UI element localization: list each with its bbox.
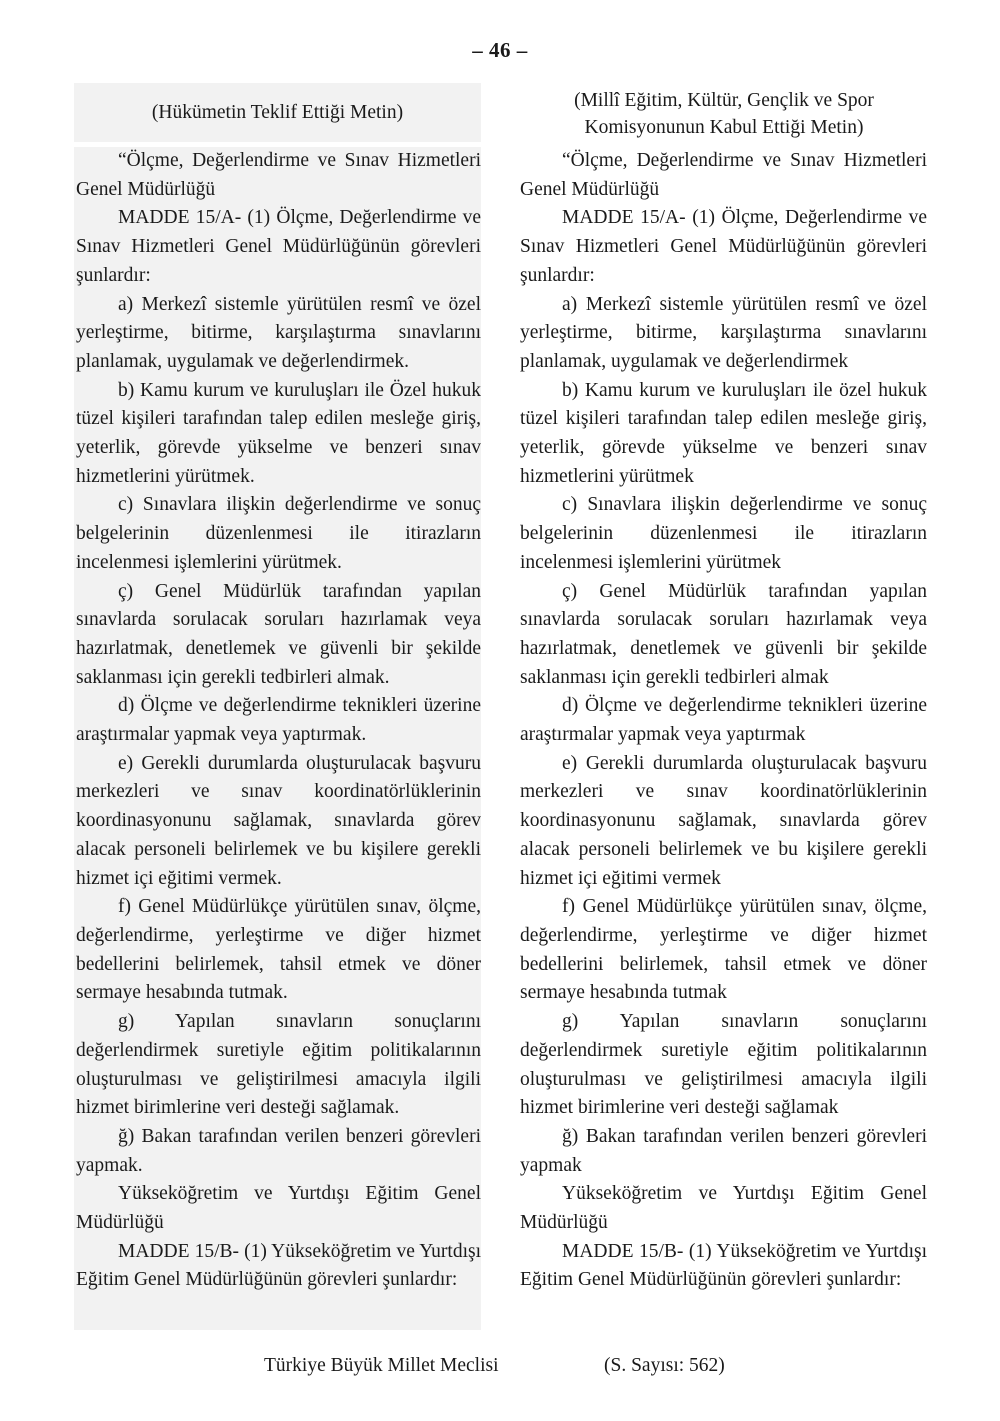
left-paragraph-item: f) Genel Müdürlükçe yürütülen sınav, ölç… xyxy=(76,893,481,1008)
right-column-header: (Millî Eğitim, Kültür, Gençlik ve Spor K… xyxy=(520,87,928,141)
left-paragraph-item: b) Kamu kurum ve kuruluşları ile Özel hu… xyxy=(76,377,481,492)
footer-institution: Türkiye Büyük Millet Meclisi xyxy=(264,1355,499,1377)
right-paragraph-item: f) Genel Müdürlükçe yürütülen sınav, ölç… xyxy=(520,893,927,1008)
left-paragraph-article: MADDE 15/B- (1) Yükseköğretim ve Yurtdış… xyxy=(76,1238,481,1295)
left-paragraph-item: g) Yapılan sınavların sonuçlarını değerl… xyxy=(76,1008,481,1123)
left-column-header-text: (Hükümetin Teklif Ettiği Metin) xyxy=(152,99,403,126)
left-column-body: “Ölçme, Değerlendirme ve Sınav Hizmetler… xyxy=(74,147,481,1330)
right-paragraph-item: ğ) Bakan tarafından verilen benzeri göre… xyxy=(520,1123,927,1180)
right-column-body: “Ölçme, Değerlendirme ve Sınav Hizmetler… xyxy=(520,147,927,1295)
right-paragraph-heading: “Ölçme, Değerlendirme ve Sınav Hizmetler… xyxy=(520,147,927,204)
left-paragraph-article: MADDE 15/A- (1) Ölçme, Değerlendirme ve … xyxy=(76,204,481,290)
left-paragraph-item: ç) Genel Müdürlük tarafından yapılan sın… xyxy=(76,578,481,693)
left-paragraph-item: ğ) Bakan tarafından verilen benzeri göre… xyxy=(76,1123,481,1180)
right-paragraph-heading: Yükseköğretim ve Yurtdışı Eğitim Genel M… xyxy=(520,1180,927,1237)
left-paragraph-item: c) Sınavlara ilişkin değerlendirme ve so… xyxy=(76,491,481,577)
left-paragraph-item: e) Gerekli durumlarda oluşturulacak başv… xyxy=(76,750,481,894)
right-paragraph-item: g) Yapılan sınavların sonuçlarını değerl… xyxy=(520,1008,927,1123)
right-paragraph-item: c) Sınavlara ilişkin değerlendirme ve so… xyxy=(520,491,927,577)
left-paragraph-heading: “Ölçme, Değerlendirme ve Sınav Hizmetler… xyxy=(76,147,481,204)
page-number: – 46 – xyxy=(0,38,1000,63)
right-paragraph-item: d) Ölçme ve değerlendirme teknikleri üze… xyxy=(520,692,927,749)
right-paragraph-item: b) Kamu kurum ve kuruluşları ile özel hu… xyxy=(520,377,927,492)
left-paragraph-item: d) Ölçme ve değerlendirme teknikleri üze… xyxy=(76,692,481,749)
left-column-header: (Hükümetin Teklif Ettiği Metin) xyxy=(74,83,481,142)
right-paragraph-item: a) Merkezî sistemle yürütülen resmî ve ö… xyxy=(520,291,927,377)
left-paragraph-heading: Yükseköğretim ve Yurtdışı Eğitim Genel M… xyxy=(76,1180,481,1237)
right-paragraph-item: ç) Genel Müdürlük tarafından yapılan sın… xyxy=(520,578,927,693)
right-paragraph-item: e) Gerekli durumlarda oluşturulacak başv… xyxy=(520,750,927,894)
left-paragraph-item: a) Merkezî sistemle yürütülen resmî ve ö… xyxy=(76,291,481,377)
right-paragraph-article: MADDE 15/A- (1) Ölçme, Değerlendirme ve … xyxy=(520,204,927,290)
footer-issue-number: (S. Sayısı: 562) xyxy=(604,1355,725,1377)
right-paragraph-article: MADDE 15/B- (1) Yükseköğretim ve Yurtdış… xyxy=(520,1238,927,1295)
